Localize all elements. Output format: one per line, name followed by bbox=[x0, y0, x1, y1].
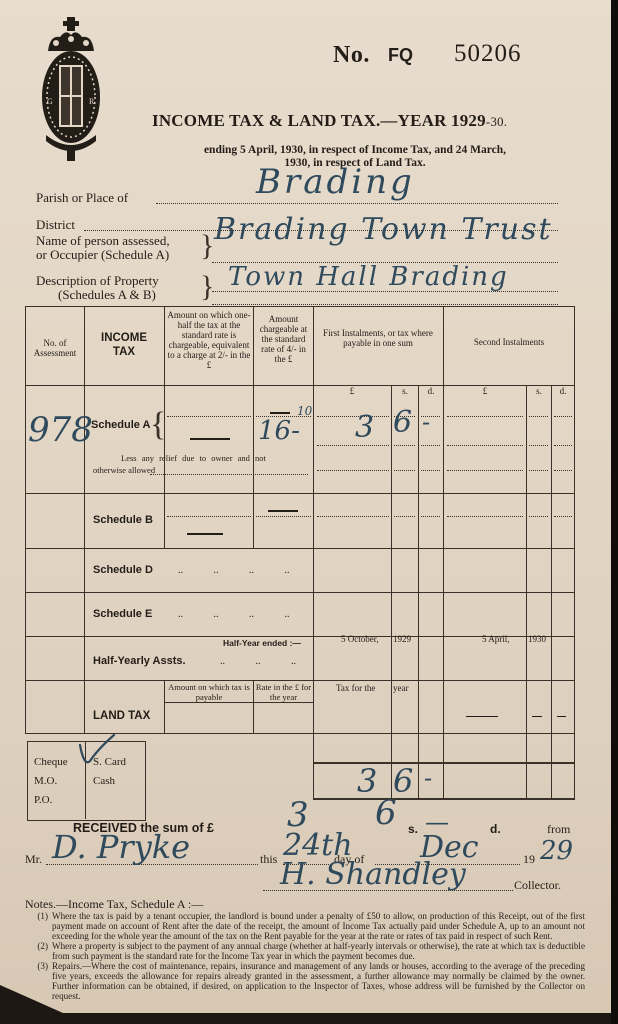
property-value[interactable]: Town Hall Brading bbox=[228, 262, 509, 292]
relief-text-2: otherwise allowed bbox=[93, 465, 155, 475]
land-tax-label: LAND TAX bbox=[93, 710, 150, 722]
entry-line bbox=[421, 470, 440, 471]
svg-text:R: R bbox=[89, 97, 95, 106]
name-value[interactable]: Brading Town Trust bbox=[214, 212, 553, 247]
schedule-a-amount-chargeable-sup: 10 bbox=[297, 404, 312, 418]
entry-line bbox=[167, 516, 251, 517]
tax-for-year-label-2: year bbox=[393, 683, 409, 693]
header-income-tax: INCOME TAX bbox=[94, 331, 154, 359]
year-prefix: 19 bbox=[523, 852, 535, 867]
entry-line bbox=[317, 445, 389, 446]
half-yearly-label: Half-Yearly Assts. bbox=[93, 655, 186, 667]
header-no-of-assessment: No. of Assessment bbox=[27, 338, 83, 358]
schedule-a-amount-chargeable[interactable]: 16- bbox=[258, 416, 300, 446]
property-label-1: Description of Property bbox=[36, 274, 159, 288]
row-divider bbox=[164, 702, 313, 703]
note-number: (2) bbox=[25, 941, 52, 961]
schedule-a-chargeable-dash bbox=[270, 412, 290, 414]
parish-value[interactable]: Brading bbox=[256, 162, 415, 202]
collector-label: Collector. bbox=[514, 878, 561, 893]
total-bottom-line bbox=[313, 798, 575, 800]
note-text: Where a property is subject to the payme… bbox=[52, 941, 585, 961]
name-brace: } bbox=[200, 231, 214, 261]
notes-title: Notes.—Income Tax, Schedule A :— bbox=[25, 897, 585, 911]
relief-line bbox=[150, 474, 308, 475]
header-first-instalments: First Instalments, or tax where payable … bbox=[318, 328, 438, 348]
schedule-e-dots: .. .. .. .. bbox=[178, 609, 290, 620]
note-text: Repairs.—Where the cost of maintenance, … bbox=[52, 961, 585, 1001]
table-right-border bbox=[574, 306, 575, 798]
entry-line bbox=[256, 516, 311, 517]
second-half-date: 5 April, bbox=[482, 634, 510, 644]
relief-text-1: Less any relief due to owner and not bbox=[121, 453, 266, 463]
schedule-a-first-shillings[interactable]: 6 bbox=[393, 405, 412, 440]
schedule-a-label: Schedule A bbox=[91, 419, 151, 431]
table-left-border bbox=[25, 306, 26, 733]
received-shillings[interactable]: 6 bbox=[375, 793, 397, 833]
schedule-a-half-amount-dash bbox=[190, 438, 230, 440]
schedule-e-label: Schedule E bbox=[93, 608, 152, 620]
col-divider bbox=[443, 306, 444, 798]
header-first-pence: d. bbox=[419, 386, 443, 396]
schedule-b-chargeable-dash bbox=[268, 510, 298, 512]
checkmark-icon bbox=[74, 733, 118, 769]
entry-line bbox=[167, 416, 251, 417]
entry-line bbox=[447, 445, 523, 446]
year-value[interactable]: 29 bbox=[540, 836, 573, 866]
header-second-pence: d. bbox=[552, 386, 574, 396]
col-divider bbox=[313, 306, 314, 798]
header-first-pound: £ bbox=[314, 386, 390, 396]
entry-line bbox=[447, 516, 523, 517]
total-pence[interactable]: - bbox=[424, 764, 432, 792]
row-divider bbox=[25, 680, 575, 681]
note-text: Where the tax is paid by a tenant occupi… bbox=[52, 911, 585, 941]
entry-line bbox=[529, 416, 548, 417]
svg-text:G: G bbox=[47, 97, 53, 106]
note-item: (3) Repairs.—Where the cost of maintenan… bbox=[25, 961, 585, 1001]
mr-label: Mr. bbox=[25, 852, 42, 867]
parish-line bbox=[156, 203, 558, 204]
notes-section: Notes.—Income Tax, Schedule A :— (1) Whe… bbox=[25, 897, 585, 1001]
property-brace: } bbox=[200, 272, 214, 302]
subtitle-line-1: ending 5 April, 1930, in respect of Inco… bbox=[155, 144, 555, 157]
schedule-a-brace: { bbox=[150, 410, 166, 440]
payer-name[interactable]: D. Pryke bbox=[52, 828, 190, 866]
half-year-ended-label: Half-Year ended :— bbox=[223, 638, 301, 648]
header-second-shillings: s. bbox=[527, 386, 551, 396]
schedule-b-half-amount-dash bbox=[187, 533, 223, 535]
schedule-b-label: Schedule B bbox=[93, 514, 153, 526]
entry-line bbox=[447, 416, 523, 417]
payment-option-po[interactable]: P.O. bbox=[34, 791, 68, 810]
note-number: (1) bbox=[25, 911, 52, 941]
total-line bbox=[313, 762, 575, 764]
shillings-label: s. bbox=[408, 822, 418, 836]
document-title: INCOME TAX & LAND TAX.—YEAR 1929-30. bbox=[152, 111, 507, 131]
property-line-2 bbox=[212, 304, 558, 305]
royal-coat-of-arms-icon: G R bbox=[40, 15, 102, 163]
col-divider bbox=[84, 306, 85, 733]
tax-for-year-label: Tax for the bbox=[336, 683, 375, 693]
header-amount-chargeable: Amount chargeable at the standard rate o… bbox=[255, 314, 312, 364]
entry-line bbox=[554, 516, 572, 517]
entry-line bbox=[421, 445, 440, 446]
note-item: (2) Where a property is subject to the p… bbox=[25, 941, 585, 961]
scan-edge-right bbox=[611, 0, 618, 1024]
second-half-year: 1930 bbox=[528, 634, 546, 644]
district-label: District bbox=[36, 218, 75, 232]
receipt-number-prefix: FQ bbox=[388, 45, 413, 66]
schedule-a-first-pence[interactable]: - bbox=[422, 408, 430, 436]
entry-line bbox=[394, 516, 415, 517]
header-first-shillings: s. bbox=[392, 386, 418, 396]
schedule-d-label: Schedule D bbox=[93, 564, 153, 576]
title-year-suffix: -30. bbox=[486, 114, 507, 129]
row-divider bbox=[25, 592, 575, 593]
schedule-d-dots: .. .. .. .. bbox=[178, 565, 290, 576]
entry-line bbox=[394, 445, 415, 446]
header-second-pound: £ bbox=[444, 386, 526, 396]
name-label-1: Name of person assessed, bbox=[36, 234, 170, 248]
scan-edge-bottom bbox=[0, 1013, 611, 1024]
payment-option-cheque[interactable]: Cheque bbox=[34, 753, 68, 772]
property-label-2: (Schedules A & B) bbox=[58, 288, 156, 302]
entry-line bbox=[554, 470, 572, 471]
col-divider bbox=[253, 306, 254, 549]
from-label: from bbox=[547, 822, 570, 837]
collector-signature[interactable]: H. Shandley bbox=[280, 857, 466, 892]
land-tax-dash bbox=[466, 716, 498, 717]
title-text: INCOME TAX & LAND TAX.—YEAR 1929 bbox=[152, 111, 486, 130]
first-half-year: 1929 bbox=[393, 634, 411, 644]
header-second-instalments: Second Instalments bbox=[446, 337, 572, 347]
entry-line bbox=[554, 416, 572, 417]
first-half-date: 5 October, bbox=[341, 634, 379, 644]
payment-option-cash[interactable]: Cash bbox=[93, 772, 126, 791]
entry-line bbox=[447, 470, 523, 471]
land-tax-rate-header: Rate in the £ for the year bbox=[254, 682, 313, 702]
land-tax-amount-header: Amount on which tax is payable bbox=[165, 682, 253, 702]
receipt-number-label: No. bbox=[333, 42, 370, 69]
entry-line bbox=[554, 445, 572, 446]
row-divider bbox=[25, 548, 575, 549]
payment-option-mo[interactable]: M.O. bbox=[34, 772, 68, 791]
pence-label: d. bbox=[490, 822, 501, 836]
this-label: this bbox=[260, 852, 277, 867]
land-tax-dash bbox=[532, 716, 542, 717]
note-item: (1) Where the tax is paid by a tenant oc… bbox=[25, 911, 585, 941]
entry-line bbox=[317, 416, 389, 417]
table-top-border bbox=[25, 306, 575, 307]
receipt-number: 50206 bbox=[454, 40, 522, 68]
entry-line bbox=[529, 516, 548, 517]
assessment-number[interactable]: 978 bbox=[28, 410, 93, 450]
entry-line bbox=[529, 470, 548, 471]
header-half-amount: Amount on which one-half the tax at the … bbox=[166, 310, 252, 370]
entry-line bbox=[317, 470, 389, 471]
half-yearly-dots: .. .. .. bbox=[220, 656, 296, 667]
name-label-2: or Occupier (Schedule A) bbox=[36, 248, 169, 262]
parish-label: Parish or Place of bbox=[36, 191, 128, 205]
payment-options-left: Cheque M.O. P.O. bbox=[34, 753, 68, 810]
land-tax-dash bbox=[557, 716, 566, 717]
row-divider bbox=[25, 493, 575, 494]
entry-line bbox=[421, 516, 440, 517]
entry-line bbox=[317, 516, 389, 517]
entry-line bbox=[529, 445, 548, 446]
tax-receipt-paper: G R No. FQ 50206 INCOME TAX & LAND TAX.—… bbox=[0, 0, 611, 1024]
schedule-a-first-pound[interactable]: 3 bbox=[355, 410, 374, 445]
entry-line bbox=[394, 470, 415, 471]
